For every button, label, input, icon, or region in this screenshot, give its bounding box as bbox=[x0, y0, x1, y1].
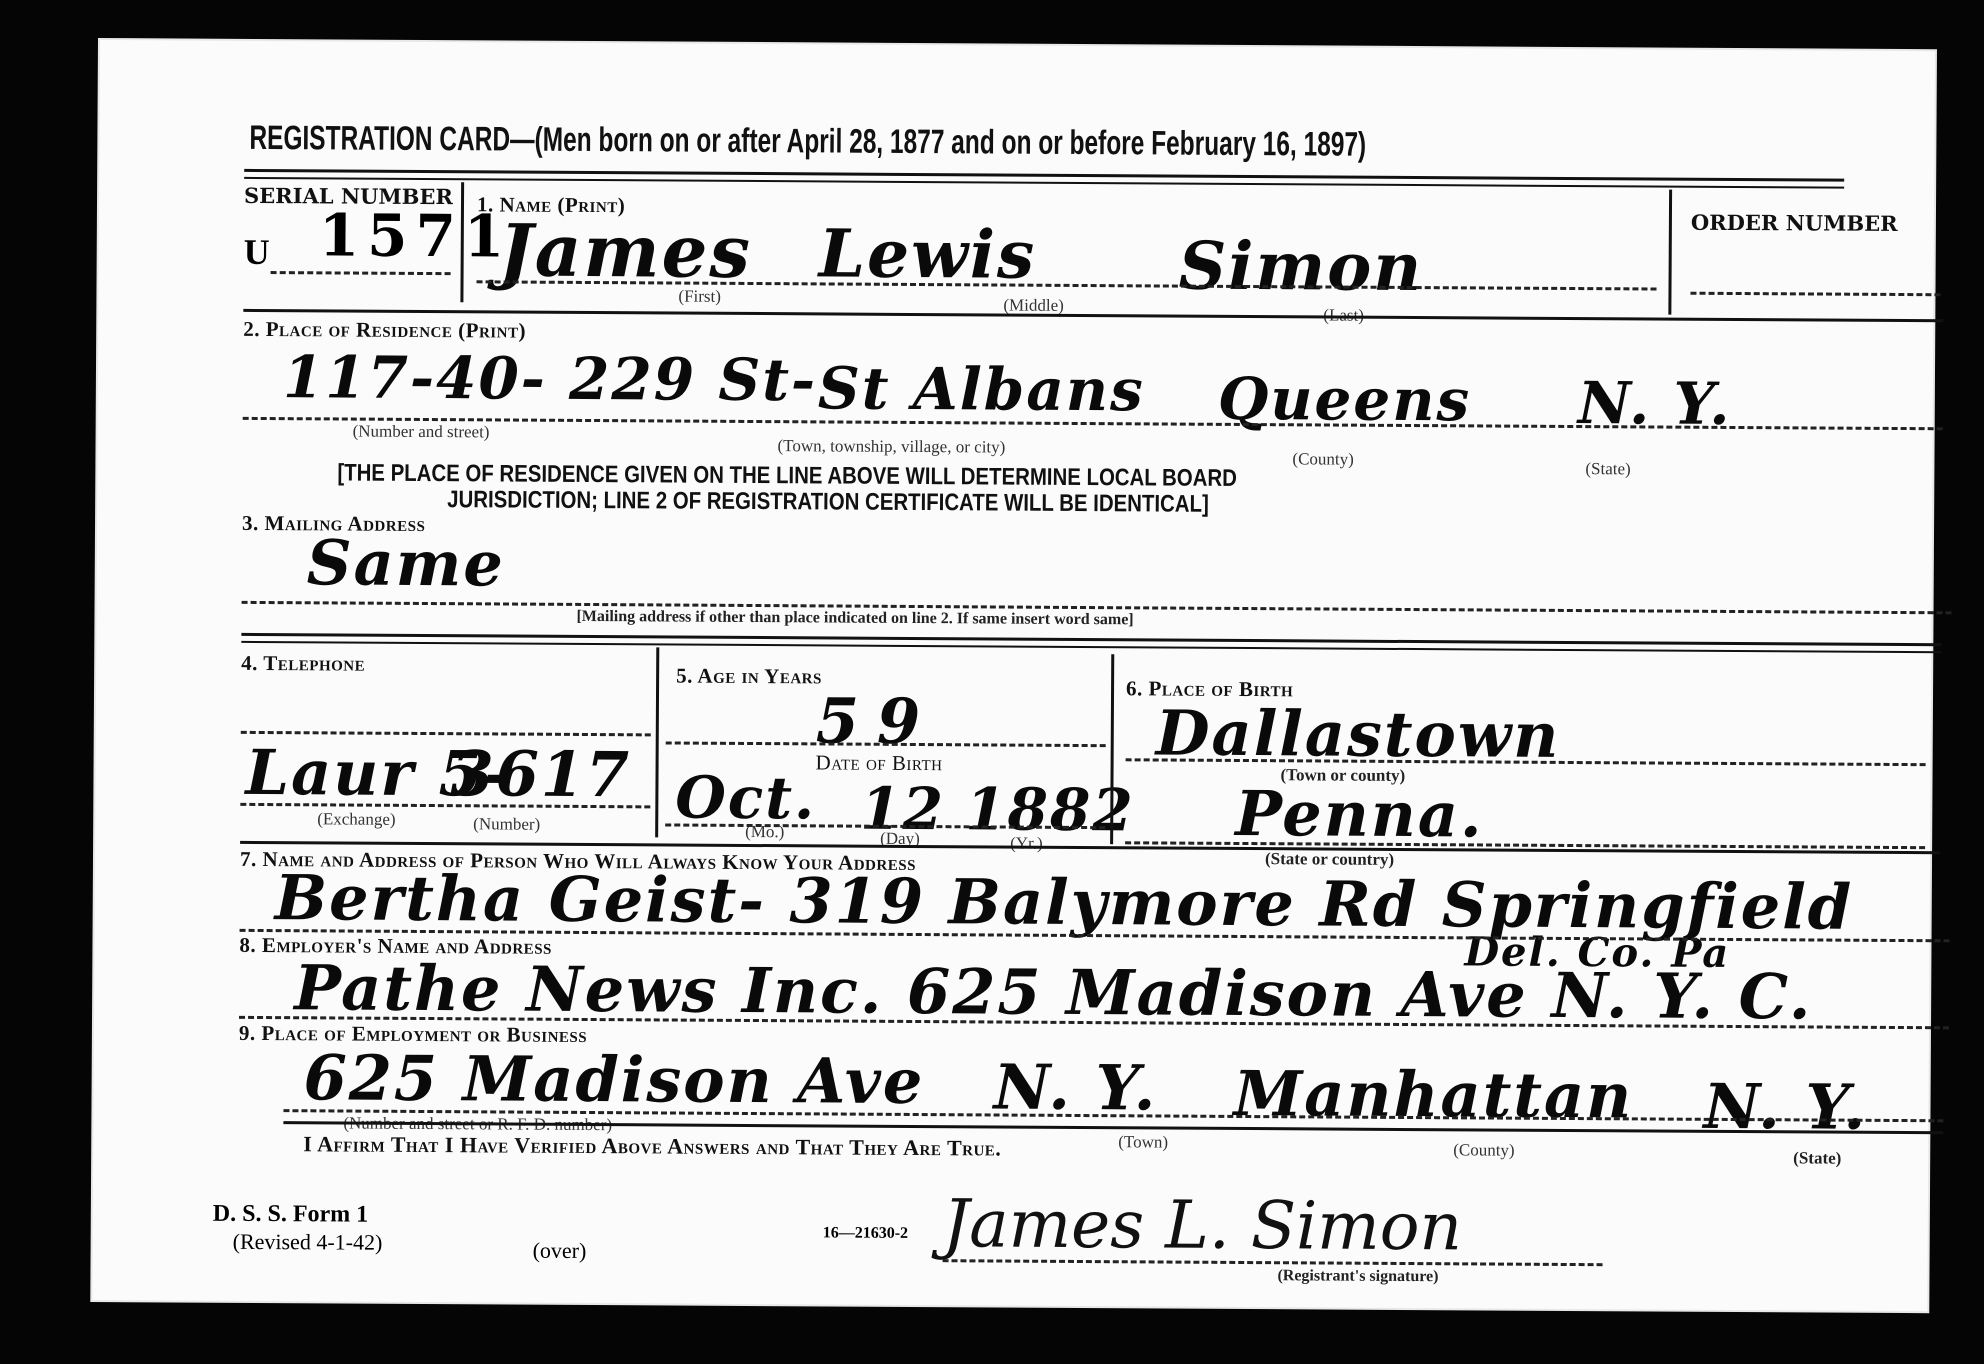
form-revised-date: (Revised 4-1-42) bbox=[233, 1229, 383, 1256]
form-name: D. S. S. Form 1 bbox=[213, 1201, 369, 1229]
residence-town-caption: (Town, township, village, or city) bbox=[777, 436, 1005, 457]
order-number-line bbox=[1690, 292, 1940, 297]
employment-town-caption: (Town) bbox=[1118, 1132, 1168, 1152]
telephone-number-caption: (Number) bbox=[473, 814, 540, 834]
mailing-address-caption: [Mailing address if other than place ind… bbox=[576, 608, 1133, 629]
telephone-exchange-caption: (Exchange) bbox=[317, 809, 395, 829]
telephone-number-value: 3617 bbox=[450, 737, 631, 811]
name-last-value: Simon bbox=[1178, 227, 1423, 306]
employment-street-value: 625 Madison Ave bbox=[303, 1041, 924, 1118]
order-divider bbox=[1668, 190, 1672, 315]
telephone-label: 4. Telephone bbox=[241, 651, 365, 677]
residence-town-value: St Albans bbox=[818, 354, 1145, 424]
dob-month-caption: (Mo.) bbox=[745, 822, 784, 842]
employment-county-caption: (County) bbox=[1453, 1140, 1515, 1160]
dob-year-caption: (Yr.) bbox=[1010, 834, 1043, 854]
order-number-label: ORDER NUMBER bbox=[1691, 210, 1898, 236]
name-first-caption: (First) bbox=[678, 287, 721, 307]
residence-street-value: 117-40- 229 St- bbox=[283, 343, 818, 414]
mailing-address-value: Same bbox=[307, 526, 505, 600]
over-note: (over) bbox=[533, 1238, 587, 1264]
registration-card: REGISTRATION CARD—(Men born on or after … bbox=[92, 40, 1935, 1311]
age-label: 5. Age in Years bbox=[676, 664, 822, 690]
affirmation-text: I Affirm That I Have Verified Above Answ… bbox=[303, 1131, 1001, 1161]
serial-line bbox=[271, 271, 451, 275]
telephone-divider bbox=[655, 647, 659, 837]
card-title: REGISTRATION CARD—(Men born on or after … bbox=[249, 119, 1366, 165]
birthplace-state-value: Penna. bbox=[1235, 777, 1484, 852]
residence-label: 2. Place of Residence (Print) bbox=[243, 317, 526, 344]
residence-street-caption: (Number and street) bbox=[353, 422, 490, 443]
serial-divider bbox=[460, 182, 464, 302]
signature-line bbox=[943, 1259, 1603, 1266]
residence-state-caption: (State) bbox=[1585, 459, 1630, 479]
registrant-signature: James L. Simon bbox=[943, 1185, 1463, 1265]
print-code: 16—21630-2 bbox=[823, 1224, 908, 1243]
date-of-birth-label: Date of Birth bbox=[816, 750, 943, 776]
employment-county-value: Manhattan bbox=[1233, 1057, 1633, 1132]
signature-caption: (Registrant's signature) bbox=[1277, 1267, 1438, 1286]
serial-prefix: U bbox=[244, 231, 270, 273]
age-value: 59 bbox=[816, 684, 939, 758]
residence-county-caption: (County) bbox=[1292, 449, 1354, 469]
employment-state-caption: (State) bbox=[1793, 1148, 1841, 1168]
residence-notice-line-2: JURISDICTION; LINE 2 OF REGISTRATION CER… bbox=[447, 486, 1209, 519]
